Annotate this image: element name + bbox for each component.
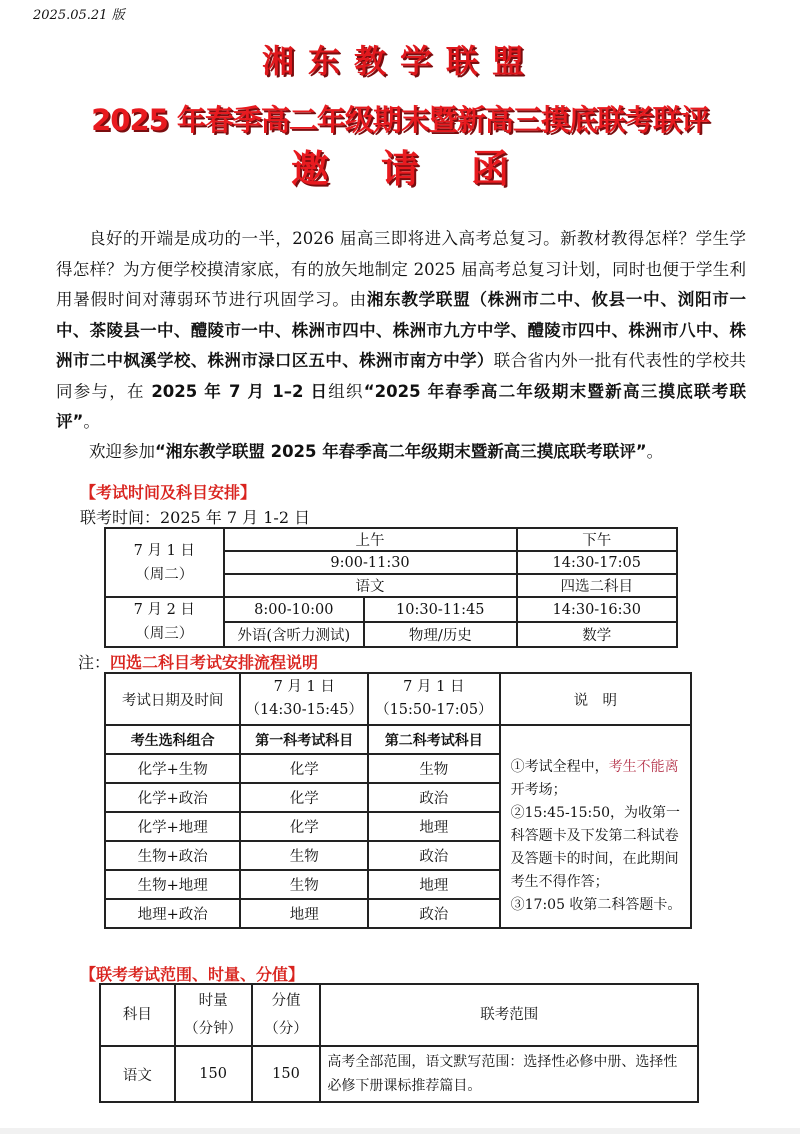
first-subject: 化学: [240, 812, 368, 841]
second-subject: 地理: [368, 870, 500, 899]
elective-table: 考试日期及时间 7 月 1 日（14:30-15:45） 7 月 1 日（15:…: [104, 672, 692, 929]
combo: 生物+政治: [105, 841, 240, 870]
intro-text: 。: [83, 412, 100, 431]
combo: 地理+政治: [105, 899, 240, 928]
explain-item-2-cont: 答题卡及下发第二科试卷及答题卡的时间，在此期间考生不得作答；: [511, 828, 679, 890]
day2-slot2-time: 10:30-11:45: [364, 597, 516, 622]
second-subject: 政治: [368, 841, 500, 870]
range-table: 科目 时量（分钟） 分值（分） 联考范围 语文 150 150 高考全部范围，语…: [99, 983, 699, 1103]
welcome-text: 欢迎参加: [89, 442, 155, 461]
elective-header-date: 考试日期及时间: [105, 673, 240, 725]
score: 150: [252, 1046, 321, 1102]
second-subject: 政治: [368, 783, 500, 812]
afternoon-label: 下午: [517, 528, 677, 551]
day1-cell: 7 月 1 日（周二）: [105, 528, 224, 597]
second-subject: 政治: [368, 899, 500, 928]
intro-paragraph: 良好的开端是成功的一半，2026 届高三即将进入高考总复习。新教材教得怎样？学生…: [56, 224, 746, 438]
day2-slot3-subject: 数学: [517, 622, 677, 647]
elective-header-first: 7 月 1 日（14:30-15:45）: [240, 673, 368, 725]
first-subject: 化学: [240, 783, 368, 812]
welcome-event-bold: “湘东教学联盟 2025 年春季高二年级期末暨新高三摸底联考联评”: [155, 442, 647, 461]
first-subject: 地理: [240, 899, 368, 928]
first-subject: 生物: [240, 841, 368, 870]
subject: 语文: [100, 1046, 175, 1102]
second-subject: 生物: [368, 754, 500, 783]
range-header-score: 分值（分）: [252, 984, 321, 1046]
version-label: 2025.05.21 版: [33, 4, 125, 23]
day2-cell: 7 月 2 日（周三）: [105, 597, 224, 647]
welcome-paragraph: 欢迎参加“湘东教学联盟 2025 年春季高二年级期末暨新高三摸底联考联评”。: [56, 437, 746, 468]
intro-text: 组织: [328, 382, 364, 401]
org-name-bold: 湘东教学联盟: [367, 290, 471, 309]
explanation-cell: ①考试全程中，考生不能离开考场；②15:45-15:50，为收第一科答题卡及下发…: [500, 725, 691, 928]
scope: 高考全部范围，语文默写范围：选择性必修中册、选择性必修下册课标推荐篇目。: [320, 1046, 698, 1102]
score-label: 分值: [253, 987, 320, 1015]
explain-item-1-highlight: 考生不能离: [609, 759, 679, 775]
second-time: （15:50-17:05）: [369, 699, 499, 722]
first-subject: 生物: [240, 870, 368, 899]
day2-slot3-time: 14:30-16:30: [517, 597, 677, 622]
subheader-first: 第一科考试科目: [240, 725, 368, 754]
subheader-combo: 考生选科组合: [105, 725, 240, 754]
org-title: 湘东教学联盟: [0, 36, 800, 82]
day2-slot1-time: 8:00-10:00: [224, 597, 365, 622]
day2-weekday: （周三）: [106, 622, 223, 646]
subheader-second: 第二科考试科目: [368, 725, 500, 754]
welcome-text: 。: [647, 442, 664, 461]
first-time: （14:30-15:45）: [241, 699, 367, 722]
range-heading: 【联考考试范围、时量、分值】: [80, 962, 304, 985]
note-title: 四选二科目考试安排流程说明: [110, 653, 318, 672]
explain-item-1-end: 开考场；: [511, 782, 567, 798]
page-bottom-edge: [0, 1128, 800, 1134]
note-prefix: 注：: [78, 653, 110, 672]
second-date: 7 月 1 日: [369, 676, 499, 699]
day1-afternoon-subject: 四选二科目: [517, 574, 677, 597]
combo: 化学+地理: [105, 812, 240, 841]
day1-weekday: （周二）: [106, 563, 223, 587]
score-unit: （分）: [253, 1015, 320, 1043]
table-row: 语文 150 150 高考全部范围，语文默写范围：选择性必修中册、选择性必修下册…: [100, 1046, 698, 1102]
schedule-table: 7 月 1 日（周二） 上午 下午 9:00-11:30 14:30-17:05…: [104, 527, 678, 648]
explain-item-1: ①考试全程中，: [511, 759, 609, 775]
day2-slot1-subject: 外语(含听力测试): [224, 622, 365, 647]
first-subject: 化学: [240, 754, 368, 783]
day1-date: 7 月 1 日: [106, 539, 223, 563]
duration-label: 时量: [176, 987, 251, 1015]
schedule-heading: 【考试时间及科目安排】: [80, 480, 256, 503]
day1-afternoon-time: 14:30-17:05: [517, 551, 677, 574]
range-header-duration: 时量（分钟）: [175, 984, 252, 1046]
day1-morning-time: 9:00-11:30: [224, 551, 517, 574]
day2-slot2-subject: 物理/历史: [364, 622, 516, 647]
duration: 150: [175, 1046, 252, 1102]
event-title: 2025 年春季高二年级期末暨新高三摸底联考联评: [0, 98, 800, 139]
second-subject: 地理: [368, 812, 500, 841]
day2-date: 7 月 2 日: [106, 598, 223, 622]
explain-item-3: ③17:05 收第二科答题卡。: [511, 897, 682, 913]
range-header-subject: 科目: [100, 984, 175, 1046]
exam-time-line: 联考时间：2025 年 7 月 1-2 日: [80, 505, 310, 528]
invitation-title: 邀请函: [0, 138, 800, 193]
elective-note: 注：四选二科目考试安排流程说明: [78, 650, 318, 673]
range-header-scope: 联考范围: [320, 984, 698, 1046]
first-date: 7 月 1 日: [241, 676, 367, 699]
duration-unit: （分钟）: [176, 1015, 251, 1043]
elective-header-explain: 说 明: [500, 673, 691, 725]
combo: 生物+地理: [105, 870, 240, 899]
day1-morning-subject: 语文: [224, 574, 517, 597]
morning-label: 上午: [224, 528, 517, 551]
combo: 化学+政治: [105, 783, 240, 812]
combo: 化学+生物: [105, 754, 240, 783]
elective-header-second: 7 月 1 日（15:50-17:05）: [368, 673, 500, 725]
exam-date-bold: 2025 年 7 月 1–2 日: [151, 382, 328, 401]
